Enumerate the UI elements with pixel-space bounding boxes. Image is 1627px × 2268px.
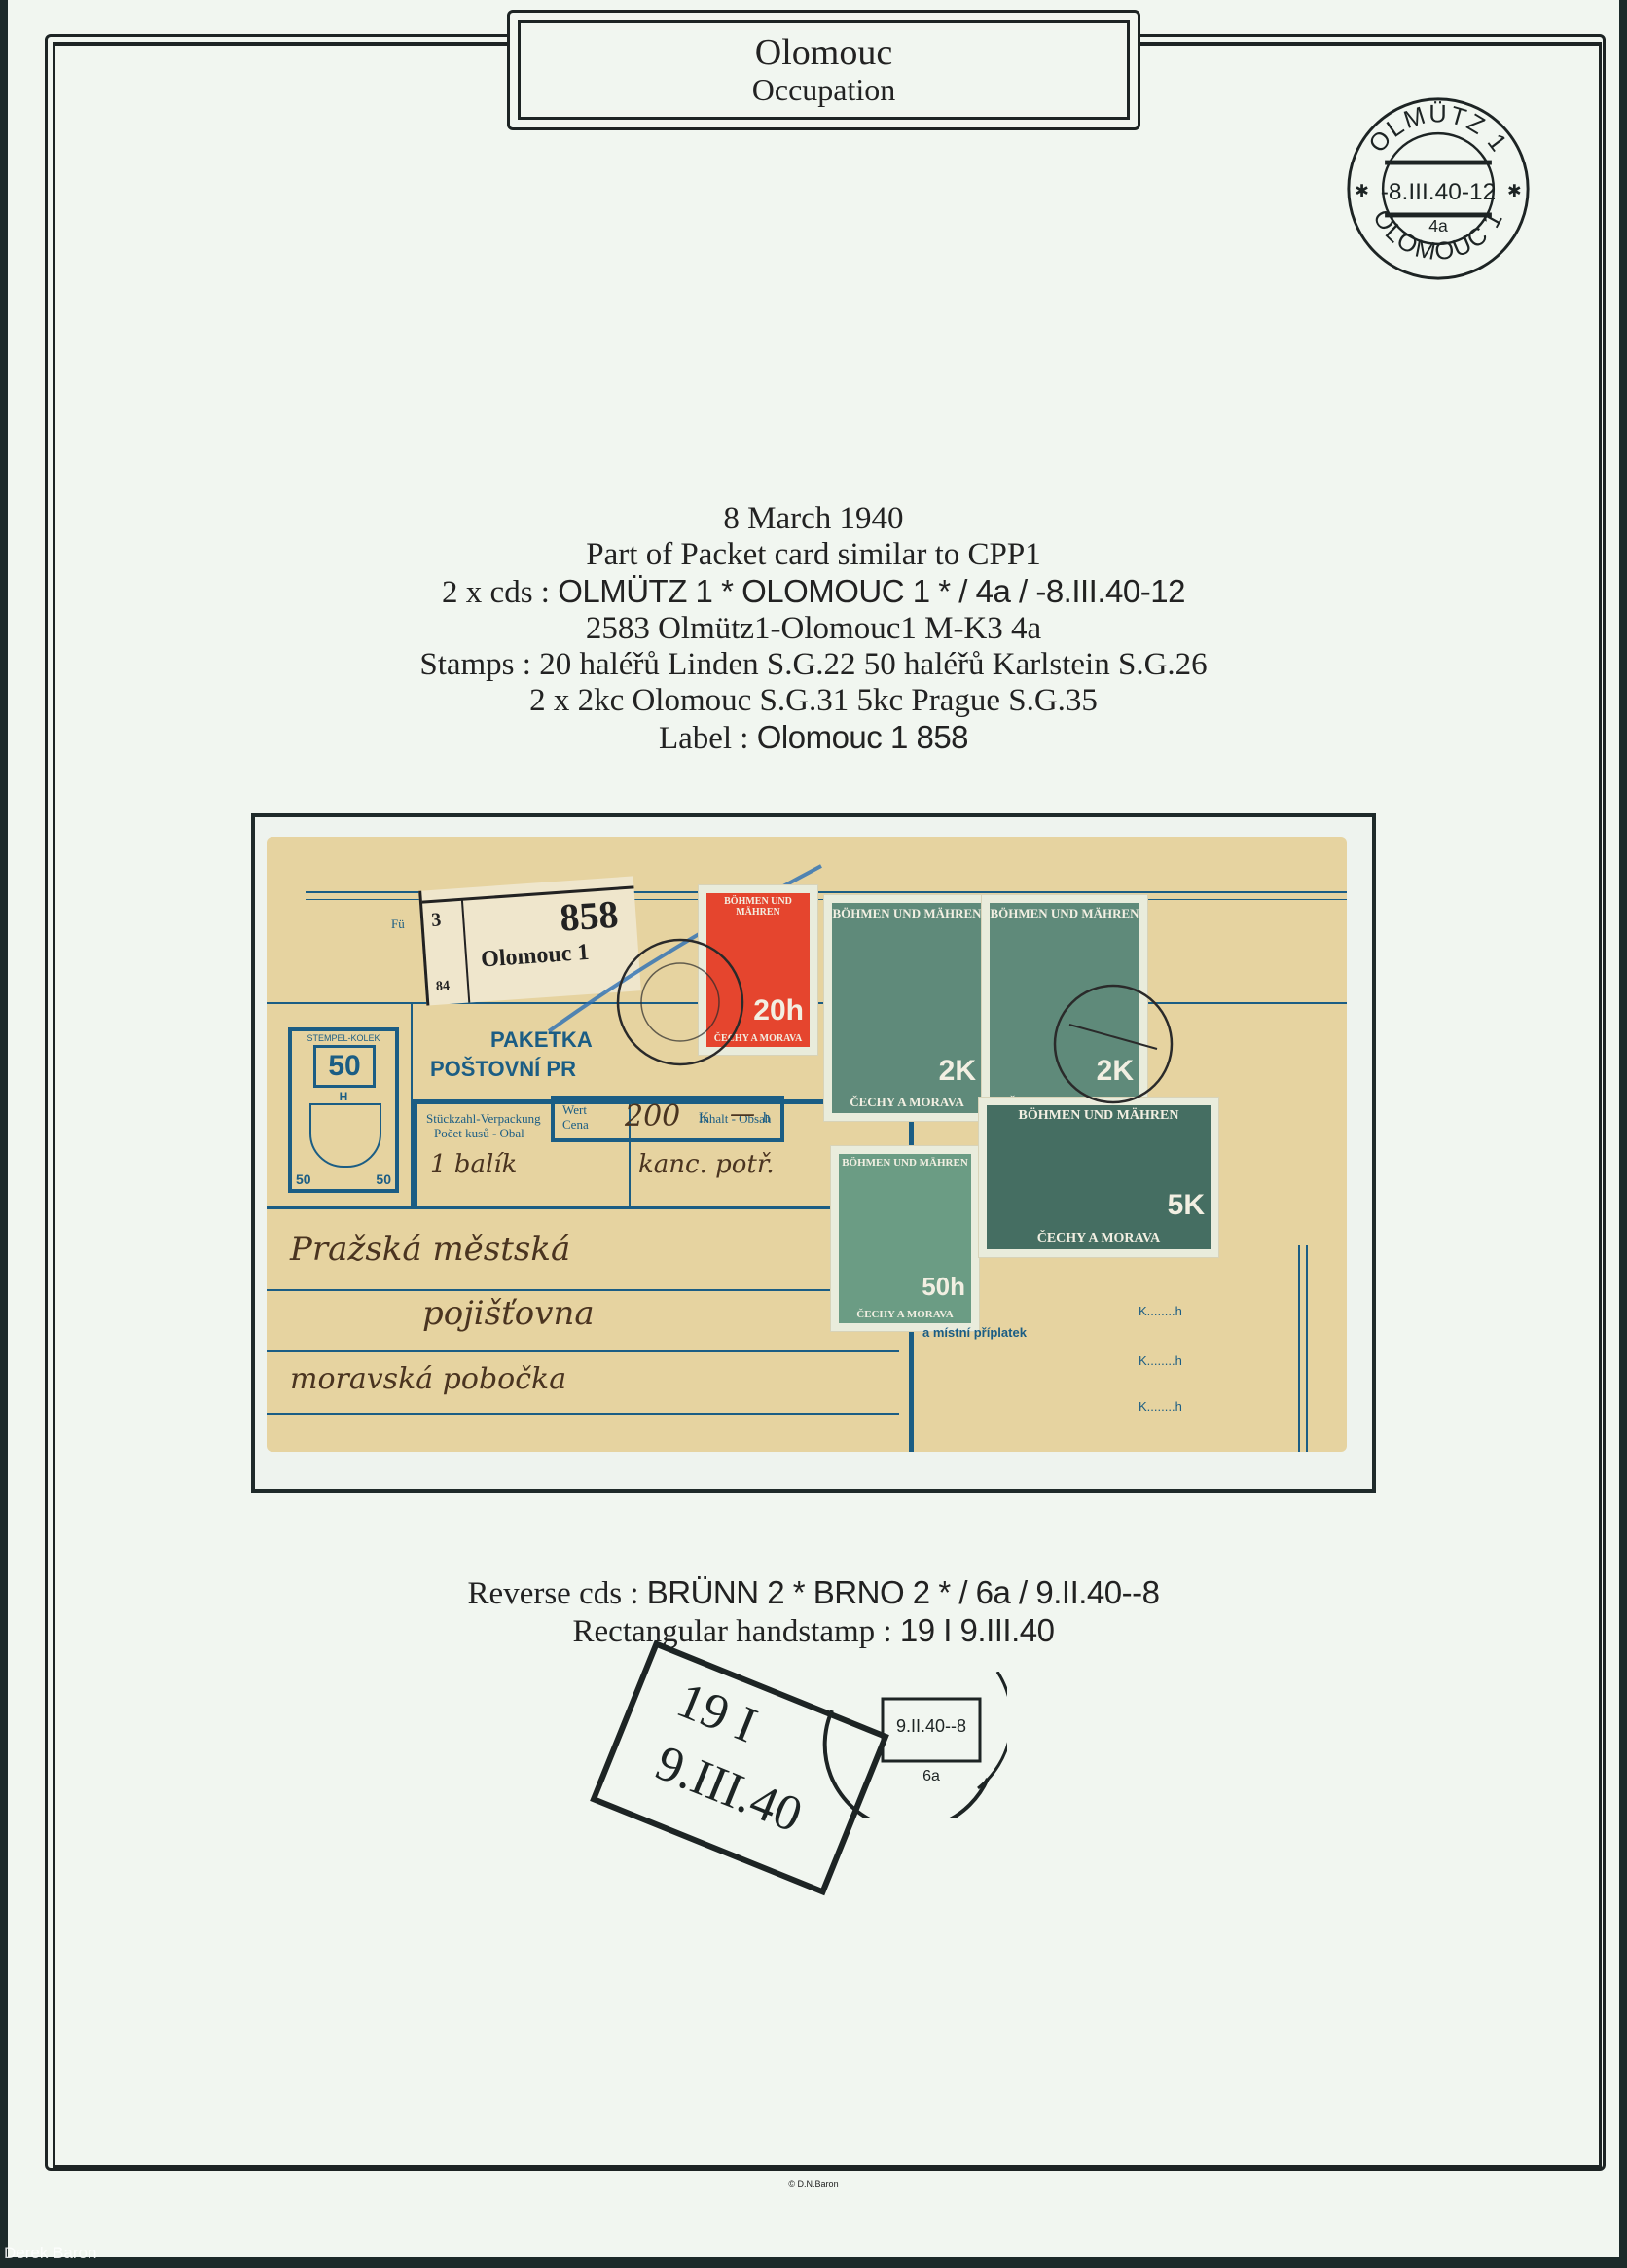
watermark: Derek Baron <box>4 2244 96 2263</box>
stamp-5k-prague: BÖHMEN UND MÄHREN 5K ČECHY A MORAVA <box>979 1098 1218 1257</box>
description-block: 8 March 1940 Part of Packet card similar… <box>0 501 1627 757</box>
lion-shield-icon <box>309 1103 381 1168</box>
copyright-text: © D.N.Baron <box>0 2179 1627 2189</box>
svg-text:-8.III.40-12: -8.III.40-12 <box>1381 179 1496 205</box>
cancel-postmark-icon <box>612 934 748 1070</box>
surcharge-label: a místní příplatek <box>922 1325 1027 1340</box>
svg-text:✱: ✱ <box>1355 181 1369 200</box>
reverse-cds-text: Reverse cds : BRÜNN 2 * BRNO 2 * / 6a / … <box>0 1574 1627 1612</box>
stamp-50h-karlstein: BÖHMEN UND MÄHREN 50h ČECHY A MORAVA <box>831 1146 979 1331</box>
address-line-3: moravská pobočka <box>290 1362 566 1396</box>
reverse-description: Reverse cds : BRÜNN 2 * BRNO 2 * / 6a / … <box>0 1574 1627 1650</box>
title-box: Olomouc Occupation <box>507 10 1140 130</box>
description-label: Label : Olomouc 1 858 <box>0 719 1627 757</box>
description-date: 8 March 1940 <box>0 501 1627 537</box>
svg-text:6a: 6a <box>922 1768 940 1784</box>
tax-stamp: STEMPEL-KOLEK 50 H 50 50 <box>288 1027 399 1193</box>
value-box: Wert Cena 200 K — h <box>551 1096 784 1142</box>
svg-text:9.II.40--8: 9.II.40--8 <box>896 1716 966 1736</box>
address-line-1: Pražská městská <box>290 1230 570 1269</box>
svg-text:OLMÜTZ 1: OLMÜTZ 1 <box>1363 100 1512 158</box>
description-cds: 2 x cds : OLMÜTZ 1 * OLOMOUC 1 * / 4a / … <box>0 573 1627 611</box>
description-reference: 2583 Olmütz1-Olomouc1 M-K3 4a <box>0 611 1627 647</box>
reverse-handstamp-text: Rectangular handstamp : 19 I 9.III.40 <box>0 1612 1627 1650</box>
description-stamps-2: 2 x 2kc Olomouc S.G.31 5kc Prague S.G.35 <box>0 683 1627 719</box>
description-stamps-1: Stamps : 20 haléřů Linden S.G.22 50 halé… <box>0 647 1627 683</box>
svg-text:4a: 4a <box>1428 216 1448 235</box>
content-value: kanc. potř. <box>638 1150 775 1179</box>
svg-text:✱: ✱ <box>1507 181 1522 200</box>
page-subtitle: Occupation <box>752 72 896 107</box>
card-mount: Fü STEMPEL-KOLEK 50 H 50 50 3 84 858 Olo… <box>251 813 1376 1493</box>
count-value: 1 balík <box>430 1150 517 1179</box>
count-label: Stückzahl-Verpackung Počet kusů - Obal <box>426 1111 541 1140</box>
address-line-2: pojišťovna <box>422 1294 595 1333</box>
postmark-icon: OLMÜTZ 1 OLOMOUC 1 -8.III.40-12 4a ✱ ✱ <box>1343 93 1534 284</box>
stamp-2k-olomouc: BÖHMEN UND MÄHREN 2K ČECHY A MORAVA <box>824 895 990 1121</box>
packet-card: Fü STEMPEL-KOLEK 50 H 50 50 3 84 858 Olo… <box>267 837 1347 1452</box>
description-item: Part of Packet card similar to CPP1 <box>0 537 1627 573</box>
value-amount: 200 <box>625 1099 680 1134</box>
form-heading: PAKETKA POŠTOVNÍ PR <box>490 1026 593 1084</box>
fu-label: Fü <box>391 917 405 931</box>
page-title: Olomouc <box>755 33 892 72</box>
cancel-postmark-icon <box>1050 981 1176 1107</box>
